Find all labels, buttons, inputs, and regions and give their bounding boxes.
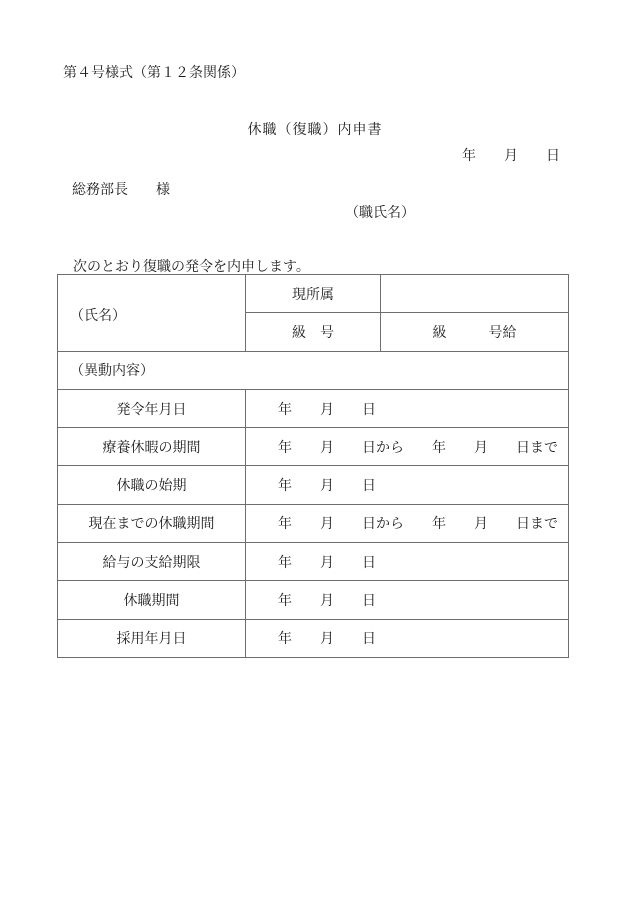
row-label-medical-leave-period: 療養休暇の期間 bbox=[58, 428, 246, 466]
row-value-hire-date: 年 月 日 bbox=[246, 619, 569, 657]
reinstatement-form-table: （氏名） 現所属 級 号 級 号給 （異動内容） 発令年月日 年 月 日 療養休… bbox=[57, 274, 569, 658]
table-row: 療養休暇の期間 年 月 日から 年 月 日まで bbox=[58, 428, 569, 466]
row-label-leave-period-to-date: 現在までの休職期間 bbox=[58, 504, 246, 542]
table-row: 発令年月日 年 月 日 bbox=[58, 389, 569, 427]
row-value-leave-period: 年 月 日 bbox=[246, 581, 569, 619]
addressee-line: 総務部長 様 bbox=[72, 179, 170, 199]
table-row-name-affiliation: （氏名） 現所属 bbox=[58, 275, 569, 313]
table-row: 休職の始期 年 月 日 bbox=[58, 466, 569, 504]
table-row: 採用年月日 年 月 日 bbox=[58, 619, 569, 657]
table-row-transfer-details: （異動内容） bbox=[58, 351, 569, 389]
form-number: 第４号様式（第１２条関係） bbox=[63, 62, 245, 82]
document-page: 第４号様式（第１２条関係） 休職（復職）内申書 年 月 日 総務部長 様 （職氏… bbox=[0, 0, 630, 903]
row-value-medical-leave-period: 年 月 日から 年 月 日まで bbox=[246, 428, 569, 466]
row-label-salary-payment-limit: 給与の支給期限 bbox=[58, 543, 246, 581]
row-label-issue-date: 発令年月日 bbox=[58, 389, 246, 427]
row-label-hire-date: 採用年月日 bbox=[58, 619, 246, 657]
name-cell: （氏名） bbox=[58, 275, 246, 352]
grade-step-label-cell: 級 号 bbox=[246, 313, 381, 351]
date-line: 年 月 日 bbox=[462, 145, 560, 165]
table-row: 現在までの休職期間 年 月 日から 年 月 日まで bbox=[58, 504, 569, 542]
table-row: 休職期間 年 月 日 bbox=[58, 581, 569, 619]
row-value-leave-start: 年 月 日 bbox=[246, 466, 569, 504]
row-value-issue-date: 年 月 日 bbox=[246, 389, 569, 427]
row-value-salary-payment-limit: 年 月 日 bbox=[246, 543, 569, 581]
current-affiliation-label-cell: 現所属 bbox=[246, 275, 381, 313]
signature-label: （職氏名） bbox=[345, 202, 415, 222]
row-value-leave-period-to-date: 年 月 日から 年 月 日まで bbox=[246, 504, 569, 542]
row-label-leave-period: 休職期間 bbox=[58, 581, 246, 619]
lead-sentence: 次のとおり復職の発令を内申します。 bbox=[73, 256, 310, 276]
row-label-leave-start: 休職の始期 bbox=[58, 466, 246, 504]
grade-salary-label-cell: 級 号給 bbox=[381, 313, 569, 351]
page-title: 休職（復職）内申書 bbox=[0, 119, 630, 139]
table-row: 給与の支給期限 年 月 日 bbox=[58, 543, 569, 581]
current-affiliation-value-cell bbox=[381, 275, 569, 313]
transfer-details-cell: （異動内容） bbox=[58, 351, 569, 389]
